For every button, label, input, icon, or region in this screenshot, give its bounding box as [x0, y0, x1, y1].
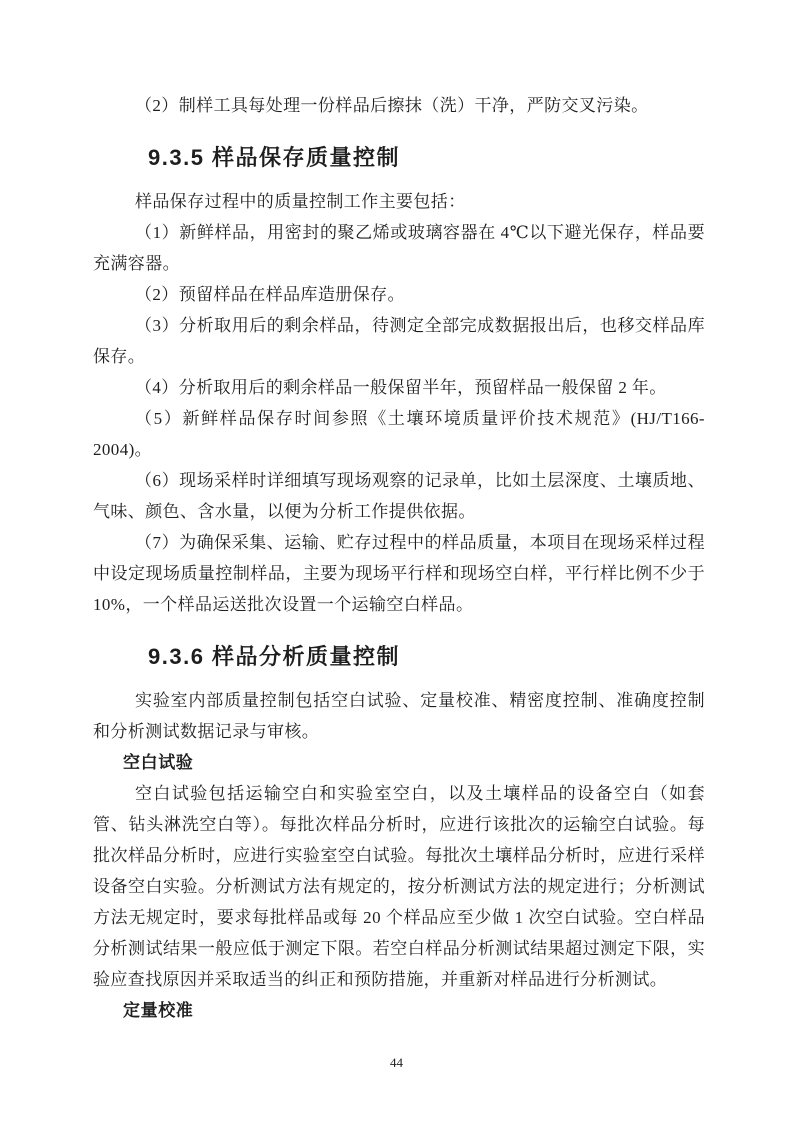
subheading-blank-test: 空白试验 [93, 747, 705, 778]
page-body: （2）制样工具每处理一份样品后擦抹（洗）干净，严防交叉污染。 9.3.5 样品保… [93, 90, 705, 1026]
document-page: （2）制样工具每处理一份样品后擦抹（洗）干净，严防交叉污染。 9.3.5 样品保… [0, 0, 793, 1122]
section-heading-9-3-6: 9.3.6 样品分析质量控制 [148, 642, 705, 672]
body-paragraph: （6）现场采样时详细填写现场观察的记录单，比如土层深度、土壤质地、气味、颜色、含… [93, 465, 705, 527]
body-paragraph: （2）预留样品在样品库造册保存。 [93, 279, 705, 310]
subheading-quantitative-calibration: 定量校准 [93, 995, 705, 1026]
section-heading-9-3-5: 9.3.5 样品保存质量控制 [148, 143, 705, 173]
body-paragraph: （5）新鲜样品保存时间参照《土壤环境质量评价技术规范》(HJ/T166-2004… [93, 403, 705, 465]
body-paragraph: （3）分析取用后的剩余样品，待测定全部完成数据报出后，也移交样品库保存。 [93, 310, 705, 372]
body-paragraph: （1）新鲜样品，用密封的聚乙烯或玻璃容器在 4℃以下避光保存，样品要充满容器。 [93, 217, 705, 279]
body-paragraph: （7）为确保采集、运输、贮存过程中的样品质量，本项目在现场采样过程中设定现场质量… [93, 527, 705, 620]
body-paragraph: （2）制样工具每处理一份样品后擦抹（洗）干净，严防交叉污染。 [93, 90, 705, 121]
page-number: 44 [0, 1055, 793, 1071]
body-paragraph: 空白试验包括运输空白和实验室空白，以及土壤样品的设备空白（如套管、钻头淋洗空白等… [93, 778, 705, 995]
body-paragraph: 样品保存过程中的质量控制工作主要包括： [93, 186, 705, 217]
body-paragraph: （4）分析取用后的剩余样品一般保留半年，预留样品一般保留 2 年。 [93, 372, 705, 403]
body-paragraph: 实验室内部质量控制包括空白试验、定量校准、精密度控制、准确度控制和分析测试数据记… [93, 685, 705, 747]
